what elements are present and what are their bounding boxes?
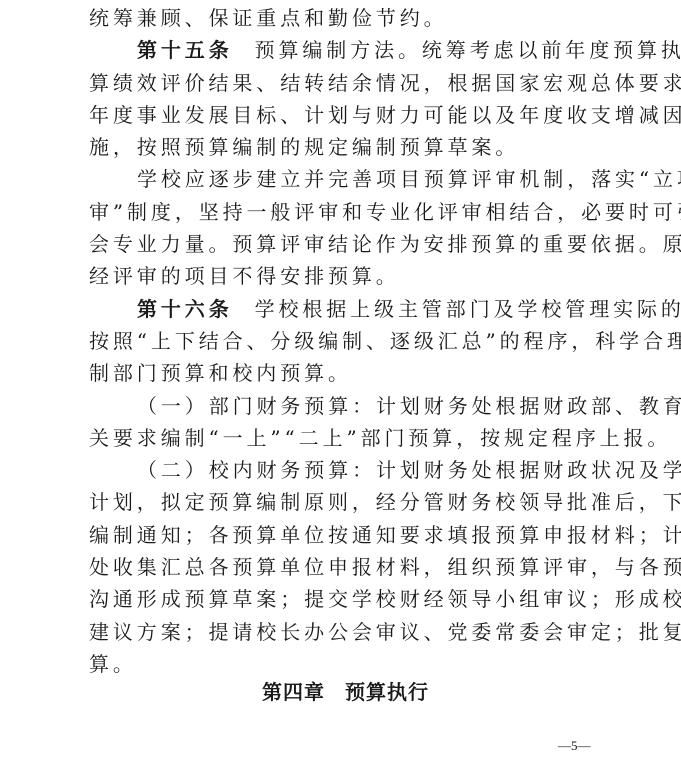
text-line: 经评审的项目不得安排预算。 <box>89 260 595 292</box>
body-text: 统筹兼顾、保证重点和勤俭节约。 第十五条预算编制方法。统筹考虑以前年度预算执行、… <box>89 2 595 680</box>
text-line: 计划，拟定预算编制原则，经分管财务校领导批准后，下达预算 <box>89 486 595 518</box>
text-line: 建议方案；提请校长办公会审议、党委常委会审定；批复下达预 <box>89 616 595 648</box>
text-line: 统筹兼顾、保证重点和勤俭节约。 <box>89 2 595 34</box>
article-text: 预算编制方法。统筹考虑以前年度预算执行、预 <box>255 38 681 62</box>
text-line: 沟通形成预算草案；提交学校财经领导小组审议；形成校内预算 <box>89 583 595 615</box>
article-15-line: 第十五条预算编制方法。统筹考虑以前年度预算执行、预 <box>89 34 595 66</box>
text-line: 会专业力量。预算评审结论作为安排预算的重要依据。原则上未 <box>89 228 595 260</box>
article-text: 学校根据上级主管部门及学校管理实际的需要， <box>255 297 681 321</box>
article-16-line: 第十六条学校根据上级主管部门及学校管理实际的需要， <box>89 293 595 325</box>
text-line: （一）部门财务预算：计划财务处根据财政部、教育部的有 <box>89 390 595 422</box>
text-line: 审”制度，坚持一般评审和专业化评审相结合，必要时可引入社 <box>89 196 595 228</box>
chapter-title: 预算执行 <box>345 680 429 704</box>
chapter-number: 第四章 <box>262 680 325 704</box>
text-line: 按照“上下结合、分级编制、逐级汇总”的程序，科学合理地编 <box>89 325 595 357</box>
text-line: 编制通知；各预算单位按通知要求填报预算申报材料；计划财务 <box>89 519 595 551</box>
text-line: （二）校内财务预算：计划财务处根据财政状况及学校工作 <box>89 454 595 486</box>
article-label: 第十六条 <box>137 297 233 321</box>
text-line: 施，按照预算编制的规定编制预算草案。 <box>89 131 595 163</box>
text-line: 制部门预算和校内预算。 <box>89 357 595 389</box>
text-line: 年度事业发展目标、计划与财力可能以及年度收支增减因素和措 <box>89 99 595 131</box>
document-page: 统筹兼顾、保证重点和勤俭节约。 第十五条预算编制方法。统筹考虑以前年度预算执行、… <box>0 0 681 759</box>
page-number: —5— <box>558 738 591 754</box>
chapter-heading: 第四章预算执行 <box>0 676 681 705</box>
text-line: 学校应逐步建立并完善项目预算评审机制，落实“立项须评 <box>89 163 595 195</box>
text-line: 算绩效评价结果、结转结余情况，根据国家宏观总体要求、预算 <box>89 67 595 99</box>
text-line: 关要求编制“一上”“二上”部门预算，按规定程序上报。 <box>89 422 595 454</box>
text-line: 处收集汇总各预算单位申报材料，组织预算评审，与各预算单位 <box>89 551 595 583</box>
article-label: 第十五条 <box>137 38 233 62</box>
